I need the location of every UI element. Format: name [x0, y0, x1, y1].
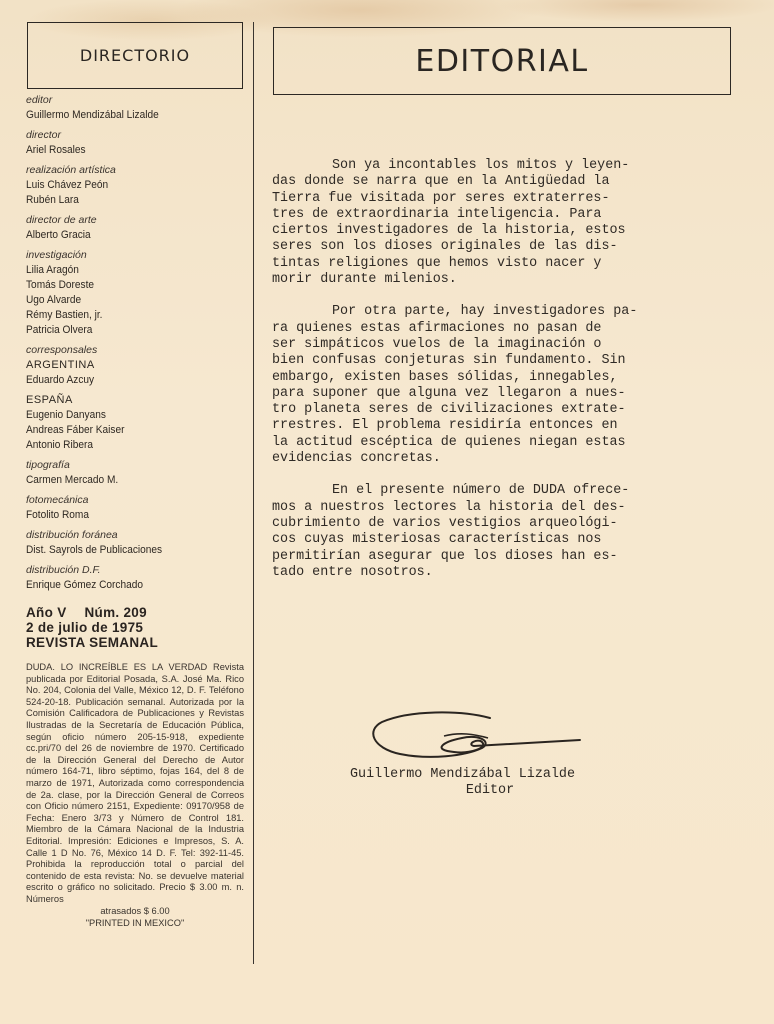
staff-name: Andreas Fáber Kaiser	[26, 423, 228, 438]
editorial-body: Son ya incontables los mitos y leyen- da…	[272, 158, 712, 597]
editor-signature-title: Editor	[350, 783, 630, 799]
editorial-paragraph-1: Son ya incontables los mitos y leyen- da…	[272, 158, 712, 288]
staff-name: Patricia Olvera	[26, 323, 228, 338]
staff-group: ESPAÑAEugenio DanyansAndreas Fáber Kaise…	[26, 393, 246, 453]
staff-role: distribución D.F.	[26, 563, 246, 578]
staff-role: director de arte	[26, 213, 246, 228]
staff-group: distribución D.F.Enrique Gómez Corchado	[26, 563, 246, 593]
editorial-paragraph-2: Por otra parte, hay investigadores pa- r…	[272, 304, 712, 467]
staff-role: tipografía	[26, 458, 246, 473]
editorial-heading-box: EDITORIAL	[273, 27, 731, 95]
directorio-heading-box: DIRECTORIO	[27, 22, 243, 89]
issue-info: Año VNúm. 209 2 de julio de 1975 REVISTA…	[26, 605, 246, 650]
staff-name: Rubén Lara	[26, 193, 228, 208]
issue-date: 2 de julio de 1975	[26, 620, 246, 635]
editorial-title: EDITORIAL	[415, 44, 588, 79]
staff-name: Tomás Doreste	[26, 278, 228, 293]
staff-name: Ariel Rosales	[26, 143, 228, 158]
staff-name: Antonio Ribera	[26, 438, 228, 453]
staff-name: Alberto Gracia	[26, 228, 228, 243]
correspondent-country: ESPAÑA	[26, 393, 246, 408]
staff-list: editorGuillermo Mendizábal Lizaldedirect…	[26, 93, 246, 593]
staff-role: director	[26, 128, 246, 143]
staff-name: Guillermo Mendizábal Lizalde	[26, 108, 228, 123]
staff-group: fotomecánicaFotolito Roma	[26, 493, 246, 523]
staff-group: distribución foráneaDist. Sayrols de Pub…	[26, 528, 246, 558]
editorial-paragraph-3: En el presente número de DUDA ofrece- mo…	[272, 483, 712, 581]
staff-group: corresponsalesARGENTINAEduardo Azcuy	[26, 343, 246, 388]
back-issues-price: atrasados $ 6.00	[26, 905, 244, 917]
issue-frequency: REVISTA SEMANAL	[26, 635, 246, 650]
directorio-title: DIRECTORIO	[80, 46, 190, 65]
staff-role: distribución foránea	[26, 528, 246, 543]
staff-name: Luis Chávez Peón	[26, 178, 228, 193]
staff-name: Carmen Mercado M.	[26, 473, 228, 488]
staff-name: Enrique Gómez Corchado	[26, 578, 228, 593]
staff-name: Rémy Bastien, jr.	[26, 308, 228, 323]
staff-group: investigaciónLilia AragónTomás DoresteUg…	[26, 248, 246, 338]
staff-role: corresponsales	[26, 343, 246, 358]
staff-name: Dist. Sayrols de Publicaciones	[26, 543, 228, 558]
staff-role: editor	[26, 93, 246, 108]
staff-group: directorAriel Rosales	[26, 128, 246, 158]
correspondent-country: ARGENTINA	[26, 358, 246, 373]
editor-signature-name: Guillermo Mendizábal Lizalde	[350, 767, 630, 783]
staff-name: Ugo Alvarde	[26, 293, 228, 308]
staff-name: Eugenio Danyans	[26, 408, 228, 423]
staff-name: Fotolito Roma	[26, 508, 228, 523]
staff-group: tipografíaCarmen Mercado M.	[26, 458, 246, 488]
staff-group: realización artísticaLuis Chávez PeónRub…	[26, 163, 246, 208]
staff-name: Lilia Aragón	[26, 263, 228, 278]
issue-number: Núm. 209	[85, 605, 147, 620]
staff-role: fotomecánica	[26, 493, 246, 508]
column-divider	[253, 22, 254, 964]
signature-icon	[370, 708, 590, 768]
staff-group: director de arteAlberto Gracia	[26, 213, 246, 243]
directory-column: editorGuillermo Mendizábal Lizaldedirect…	[26, 93, 246, 929]
staff-role: realización artística	[26, 163, 246, 178]
issue-year: Año V	[26, 605, 67, 620]
printed-in-mexico: "PRINTED IN MEXICO"	[26, 917, 244, 929]
staff-role: investigación	[26, 248, 246, 263]
legal-notice: DUDA. LO INCREÍBLE ES LA VERDAD Revista …	[26, 662, 244, 905]
staff-group: editorGuillermo Mendizábal Lizalde	[26, 93, 246, 123]
staff-name: Eduardo Azcuy	[26, 373, 228, 388]
